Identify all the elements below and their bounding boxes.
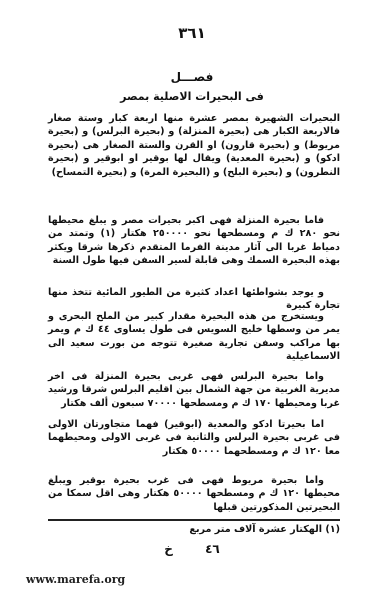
paragraph-idku-maadiya: اما بحيرتا ادكو والمعدية (ابوقير) فهما م… — [48, 418, 340, 458]
paragraph-mariout: واما بحيرة مريوط فهى فى غرب بحيرة بوقير … — [48, 474, 340, 514]
signature-number: ٤٦ — [205, 542, 220, 556]
printer-signature: ٤٦ خ — [0, 542, 384, 556]
book-page: ٣٦١ فصـــل فى البحيرات الاصلية بمصر البح… — [0, 0, 384, 600]
signature-letter: خ — [164, 542, 173, 556]
watermark-link[interactable]: www.marefa.org — [26, 573, 125, 586]
paragraph-birds: و يوجد بشواطئها اعداد كثيرة من الطيور ال… — [48, 286, 340, 313]
body-text: و يوجد بشواطئها اعداد كثيرة من الطيور ال… — [48, 286, 340, 313]
body-text: ويستخرج من هذه البحيرة مقدار كبير من الم… — [48, 310, 340, 364]
paragraph-burullus: واما بحيرة البرلس فهى غربى بحيرة المنزلة… — [48, 370, 340, 410]
section-heading: فصـــل — [0, 70, 384, 84]
paragraph-salt-canal: ويستخرج من هذه البحيرة مقدار كبير من الم… — [48, 310, 340, 364]
paragraph-lakes-overview: البحيرات الشهيرة بمصر عشرة منها اربعة كب… — [48, 112, 340, 179]
paragraph-manzala: فاما بحيرة المنزلة فهى اكبر بحيرات مصر و… — [48, 214, 340, 268]
body-text: فاما بحيرة المنزلة فهى اكبر بحيرات مصر و… — [48, 214, 340, 268]
body-text: واما بحيرة مريوط فهى فى غرب بحيرة بوقير … — [48, 474, 340, 514]
page-number: ٣٦١ — [0, 24, 384, 42]
footnote: (١) الهكتار عشرة آلاف متر مربع — [48, 524, 340, 535]
section-subtitle: فى البحيرات الاصلية بمصر — [0, 90, 384, 103]
body-text: واما بحيرة البرلس فهى غربى بحيرة المنزلة… — [48, 370, 340, 410]
body-text: البحيرات الشهيرة بمصر عشرة منها اربعة كب… — [48, 112, 340, 179]
footnote-divider — [48, 519, 340, 521]
body-text: اما بحيرتا ادكو والمعدية (ابوقير) فهما م… — [48, 418, 340, 458]
